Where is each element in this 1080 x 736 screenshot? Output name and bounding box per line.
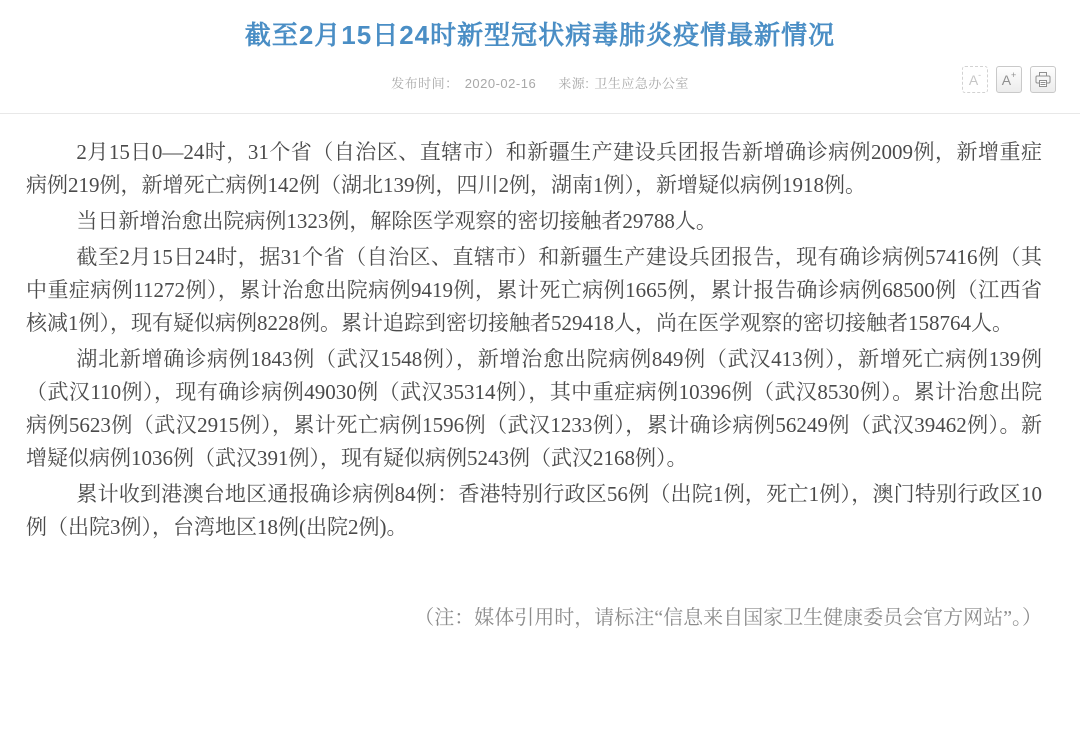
page-title: 截至2月15日24时新型冠状病毒肺炎疫情最新情况	[0, 0, 1080, 52]
print-button[interactable]	[1030, 66, 1056, 93]
publish-time-label: 发布时间：	[391, 76, 459, 91]
paragraph-hubei-details: 湖北新增确诊病例1843例（武汉1548例），新增治愈出院病例849例（武汉41…	[26, 343, 1042, 475]
toolbar: A- A+	[962, 66, 1056, 93]
source-value: 卫生应急办公室	[594, 76, 689, 91]
meta-row: 发布时间：2020-02-16来源:卫生应急办公室	[0, 73, 1080, 92]
article-page: 截至2月15日24时新型冠状病毒肺炎疫情最新情况 发布时间：2020-02-16…	[0, 0, 1080, 736]
paragraph-cumulative-totals: 截至2月15日24时，据31个省（自治区、直辖市）和新疆生产建设兵团报告，现有确…	[26, 241, 1042, 340]
article-body: 2月15日0—24时，31个省（自治区、直辖市）和新疆生产建设兵团报告新增确诊病…	[0, 114, 1080, 635]
font-increase-button[interactable]: A+	[996, 66, 1022, 93]
paragraph-daily-recovered: 当日新增治愈出院病例1323例，解除医学观察的密切接触者29788人。	[26, 205, 1042, 238]
plus-sign: +	[1011, 71, 1016, 80]
minus-sign: -	[978, 71, 981, 80]
font-decrease-button[interactable]: A-	[962, 66, 988, 93]
printer-icon	[1035, 72, 1051, 87]
font-decrease-label: A	[969, 73, 978, 87]
publish-time-value: 2020-02-16	[465, 76, 537, 91]
source-label: 来源:	[558, 76, 589, 91]
citation-note: （注：媒体引用时，请标注“信息来自国家卫生健康委员会官方网站”。）	[26, 602, 1042, 635]
paragraph-hk-macao-taiwan: 累计收到港澳台地区通报确诊病例84例：香港特别行政区56例（出院1例，死亡1例）…	[26, 478, 1042, 544]
font-increase-label: A	[1002, 73, 1011, 87]
paragraph-national-new-cases: 2月15日0—24时，31个省（自治区、直辖市）和新疆生产建设兵团报告新增确诊病…	[26, 136, 1042, 202]
